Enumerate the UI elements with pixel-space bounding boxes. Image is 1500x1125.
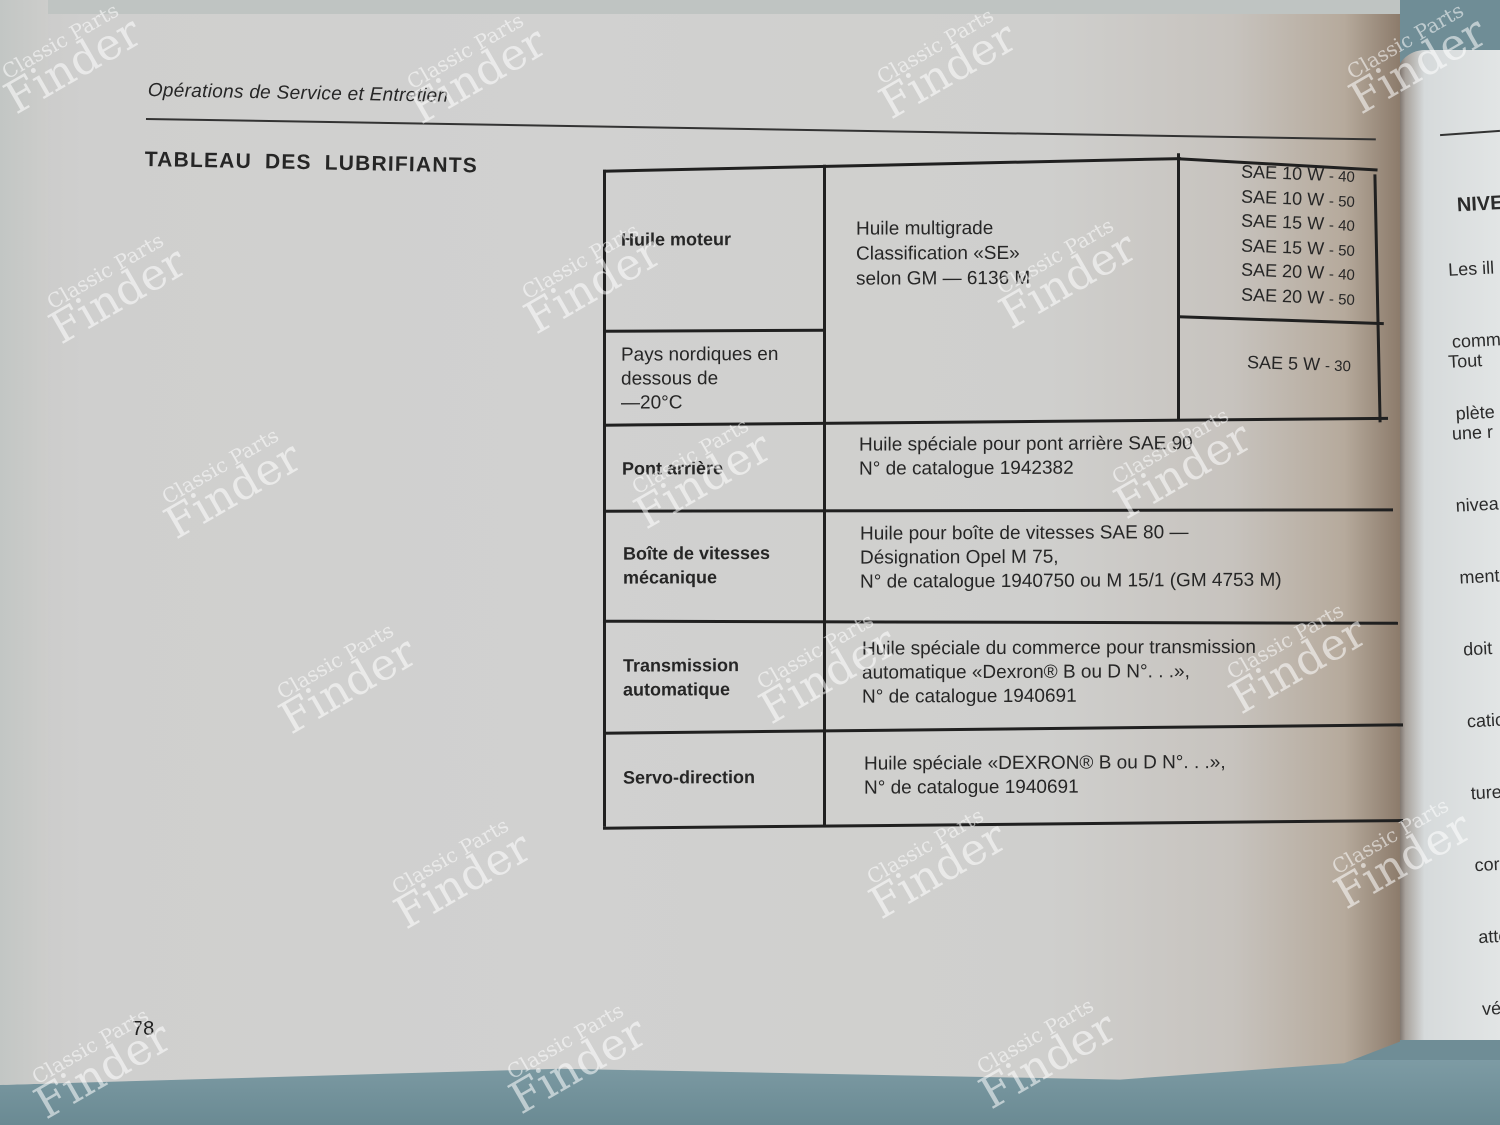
spec-power-steering: Huile spéciale «DEXRON® B ou D N°. . .»,… xyxy=(864,751,1226,801)
spec-line: N° de catalogue 1940691 xyxy=(862,684,1256,710)
text-line: Les ill xyxy=(1448,255,1500,282)
row-divider xyxy=(603,417,1388,427)
sae-grade: SAE 20 W - 40 xyxy=(1241,258,1356,287)
spec-line: Huile multigrade xyxy=(856,216,1030,242)
component-power-steering: Servo-direction xyxy=(623,765,755,790)
component-line: automatique xyxy=(623,677,739,702)
spec-line: Désignation Opel M 75, xyxy=(860,545,1282,571)
spec-manual-gearbox: Huile pour boîte de vitesses SAE 80 — Dé… xyxy=(860,521,1282,595)
text-line: vérif xyxy=(1481,994,1500,1021)
page-number: 78 xyxy=(132,1018,154,1041)
component-engine-oil: Huile moteur xyxy=(621,227,731,251)
column-divider xyxy=(1177,153,1180,421)
component-nordic-countries: Pays nordiques en dessous de —20°C xyxy=(621,343,778,416)
spec-line: N° de catalogue 1940691 xyxy=(864,775,1226,801)
lubricants-table: Huile moteur Huile multigrade Classifica… xyxy=(603,148,1388,826)
row-divider xyxy=(603,620,1398,625)
spec-engine-oil: Huile multigrade Classification «SE» sel… xyxy=(856,216,1030,292)
sae-grade: SAE 20 W - 50 xyxy=(1241,283,1356,312)
row-divider xyxy=(603,723,1403,734)
component-line: mécanique xyxy=(623,565,770,590)
text-line: corre xyxy=(1474,850,1500,877)
text-line: catic xyxy=(1466,707,1500,734)
text-line: doit xyxy=(1463,635,1500,662)
table-border xyxy=(1373,174,1381,422)
spec-line: Huile spéciale du commerce pour transmis… xyxy=(862,636,1256,662)
column-divider xyxy=(823,165,826,826)
component-rear-axle: Pont arrière xyxy=(622,456,723,480)
spec-line: Huile spéciale pour pont arrière SAE 90 xyxy=(859,432,1193,457)
grade-nordic: SAE 5 W - 30 xyxy=(1247,351,1352,379)
sae-grade: SAE 15 W - 40 xyxy=(1241,209,1356,238)
text-line: ture xyxy=(1470,778,1500,805)
sae-grade: SAE 10 W - 40 xyxy=(1241,160,1356,189)
table-border xyxy=(603,170,606,827)
text-line: une r xyxy=(1451,419,1500,446)
text-line: ment xyxy=(1459,563,1500,590)
spec-rear-axle: Huile spéciale pour pont arrière SAE 90 … xyxy=(859,432,1193,481)
component-line: dessous de xyxy=(621,367,778,392)
spec-automatic-transmission: Huile spéciale du commerce pour transmis… xyxy=(862,636,1256,710)
component-line: —20°C xyxy=(621,391,778,416)
grades-engine-oil: SAE 10 W - 40 SAE 10 W - 50 SAE 15 W - 4… xyxy=(1241,162,1355,309)
table-border xyxy=(603,157,1181,173)
text-line: nivea xyxy=(1455,491,1500,518)
spec-line: N° de catalogue 1940750 ou M 15/1 (GM 47… xyxy=(860,569,1282,595)
text-line: Tout xyxy=(1448,347,1500,374)
spec-line: Huile pour boîte de vitesses SAE 80 — xyxy=(860,521,1282,547)
component-manual-gearbox: Boîte de vitesses mécanique xyxy=(623,541,770,590)
spec-line: N° de catalogue 1942382 xyxy=(859,456,1193,481)
component-line: Boîte de vitesses xyxy=(623,541,770,566)
component-line: Transmission xyxy=(623,653,739,678)
spec-line: selon GM — 6136 M xyxy=(856,266,1030,292)
page-edge xyxy=(0,0,1400,14)
spec-line: Classification «SE» xyxy=(856,241,1030,267)
row-divider xyxy=(1179,315,1384,325)
page-edge xyxy=(0,0,48,1085)
text-line: atter xyxy=(1478,922,1500,949)
row-divider xyxy=(603,508,1393,512)
component-line: Pays nordiques en xyxy=(621,343,778,368)
spec-line: Huile spéciale «DEXRON® B ou D N°. . .», xyxy=(864,751,1226,777)
spec-line: automatique «Dexron® B ou D N°. . .», xyxy=(862,660,1256,686)
component-automatic-transmission: Transmission automatique xyxy=(623,653,739,702)
row-divider xyxy=(603,329,825,333)
